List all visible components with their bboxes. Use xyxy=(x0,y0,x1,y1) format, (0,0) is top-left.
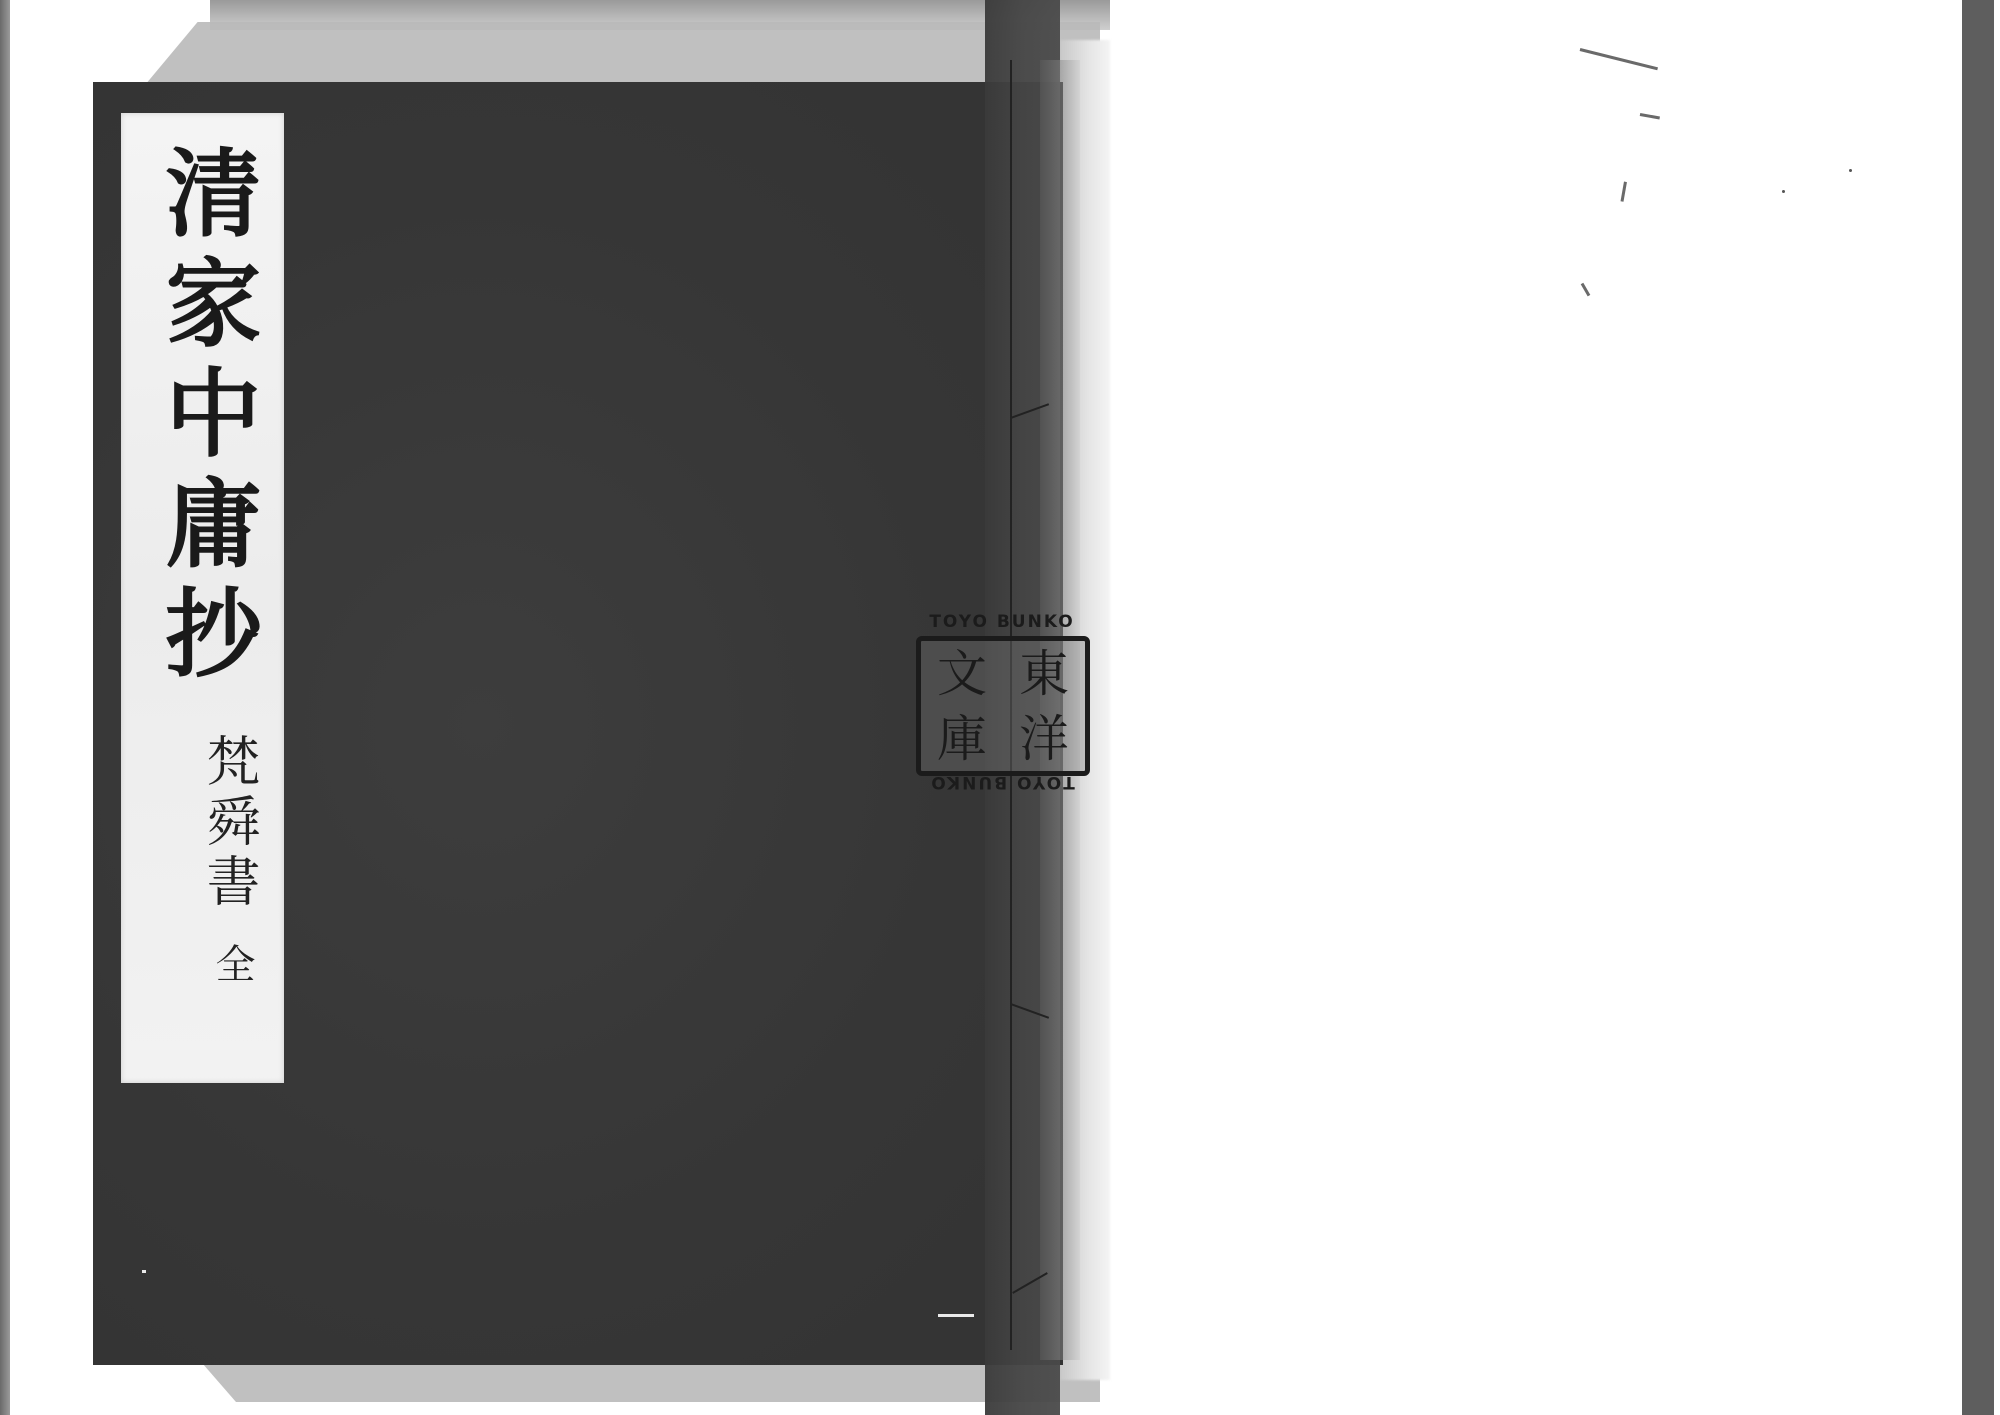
stamp-char: 庫 xyxy=(921,706,1003,771)
stamp-top-text: TOYO BUNKO xyxy=(912,612,1092,632)
library-stamp: TOYO BUNKO 東 文 洋 庫 TOYO BUNKO xyxy=(912,612,1092,792)
scan-mark xyxy=(1580,48,1658,70)
stamp-box: 東 文 洋 庫 xyxy=(916,636,1090,776)
white-scratch xyxy=(938,1314,974,1317)
stamp-char: 東 xyxy=(1003,641,1085,706)
white-scratch xyxy=(142,1270,146,1273)
stamp-char: 洋 xyxy=(1003,706,1085,771)
scan-mark xyxy=(1640,113,1660,119)
right-edge-strip xyxy=(1962,0,1994,1415)
scan-mark xyxy=(1621,182,1627,202)
main-title: 清家中庸抄 xyxy=(151,143,261,693)
scan-spot xyxy=(1782,190,1785,193)
scan-spot xyxy=(1849,169,1852,172)
scan-mark xyxy=(1581,283,1591,297)
title-label: 清家中庸抄 梵舜書 全 xyxy=(121,113,284,1083)
volume-mark: 全 xyxy=(201,943,261,983)
stamp-char: 文 xyxy=(921,641,1003,706)
author: 梵舜書 xyxy=(199,733,259,913)
left-edge-strip xyxy=(0,0,10,1415)
stamp-bottom-text: TOYO BUNKO xyxy=(912,772,1092,792)
